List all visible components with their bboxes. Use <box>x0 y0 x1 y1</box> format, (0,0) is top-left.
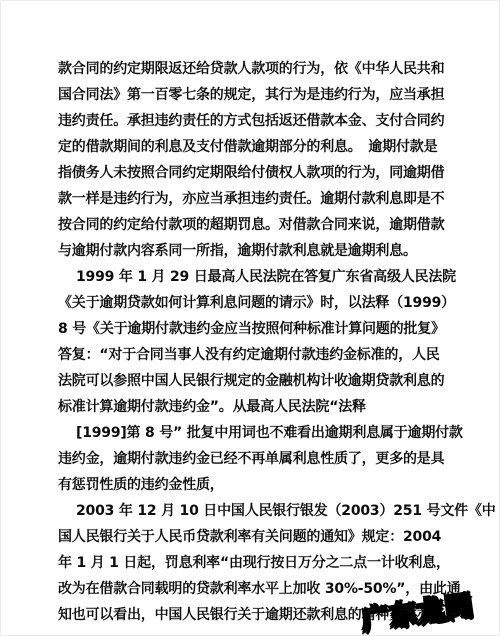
text-line: 法院可以参照中国人民银行规定的金融机构计收逾期贷款利息的 <box>58 368 454 394</box>
text-line: 款合同的约定期限返还给贷款人款项的行为，依《中华人民共和 <box>58 56 454 82</box>
text-line: 答复：“对于合同当事人没有约定逾期付款违约金标准的，人民 <box>58 342 454 368</box>
document-text: 款合同的约定期限返还给贷款人款项的行为，依《中华人民共和国合同法》第一百零七条的… <box>58 56 454 628</box>
text-line: 与逾期付款内容系同一所指，逾期付款利息就是逾期利息。 <box>58 238 454 264</box>
text-line: 1999 年 1 月 29 日最高人民法院在答复广东省高级人民法院 <box>58 264 454 290</box>
text-line: 《关于逾期贷款如何计算利息问题的请示》时，以法释（1999） <box>58 290 454 316</box>
text-line: 有惩罚性质的违约金性质， <box>58 472 454 498</box>
text-line: 年 1 月 1 日起，罚息利率“由现行按日万分之二点一计收利息， <box>58 550 454 576</box>
text-line: 指债务人未按照合同约定期限给付债权人款项的行为，同逾期借 <box>58 160 454 186</box>
text-line: 违约金，逾期付款违约金已经不再单属利息性质了，更多的是具 <box>58 446 454 472</box>
text-line: 标准计算逾期付款违约金”。从最高人民法院“法释 <box>58 394 454 420</box>
text-line: 国合同法》第一百零七条的规定，其行为是违约行为，应当承担 <box>58 82 454 108</box>
text-line: 按合同的约定给付款项的超期罚息。对借款合同来说，逾期借款 <box>58 212 454 238</box>
text-line: [1999]第 8 号” 批复中用词也不难看出逾期利息属于逾期付款 <box>58 420 454 446</box>
text-line: 2003 年 12 月 10 日中国人民银行银发（2003）251 号文件《中 <box>58 498 454 524</box>
text-line: 定的借款期间的利息及支付借款逾期部分的利息。 逾期付款是 <box>58 134 454 160</box>
text-line: 8 号《关于逾期付款违约金应当按照何种标准计算问题的批复》 <box>58 316 454 342</box>
text-line: 款一样是违约行为，亦应当承担违约责任。逾期付款利息即是不 <box>58 186 454 212</box>
document-page: 款合同的约定期限返还给贷款人款项的行为，依《中华人民共和国合同法》第一百零七条的… <box>0 0 500 636</box>
text-line: 国人民银行关于人民币贷款利率有关问题的通知》规定：2004 <box>58 524 454 550</box>
text-line: 违约责任。承担违约责任的方式包括返还借款本金、支付合同约 <box>58 108 454 134</box>
